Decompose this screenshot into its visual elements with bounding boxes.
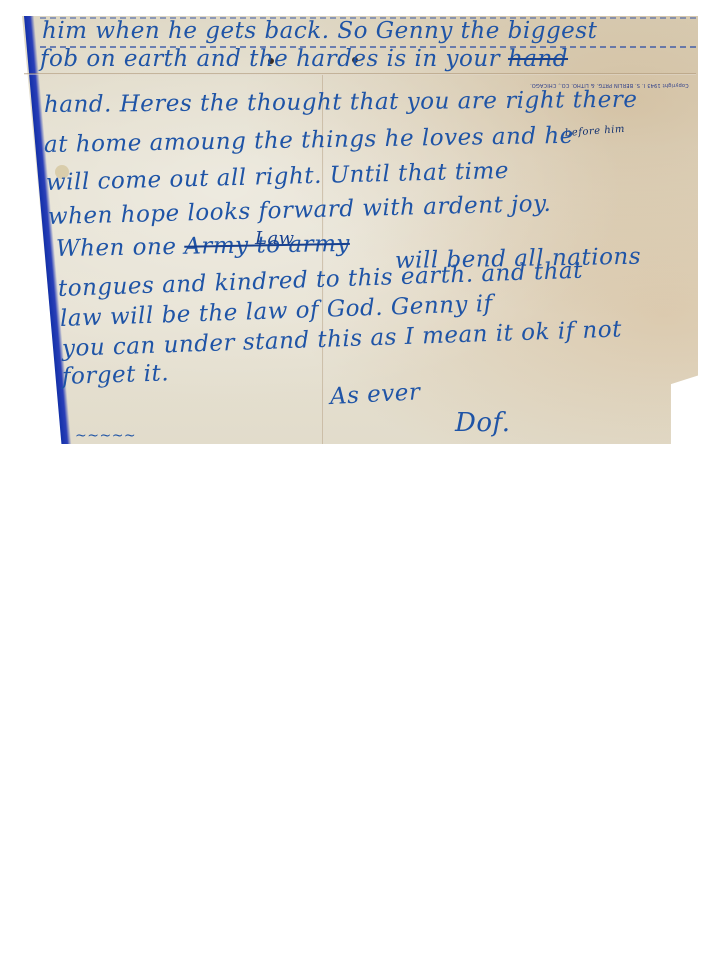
letter-line-11: forget it. bbox=[62, 360, 170, 390]
margin-scribble: ~~~~~ bbox=[75, 428, 136, 444]
inserted-word: Law bbox=[255, 228, 295, 249]
letter-line-2: fob on earth and the hardes is in your h… bbox=[40, 46, 568, 72]
signature: Dof. bbox=[455, 408, 510, 438]
letter-line-1: him when he gets back. So Genny the bigg… bbox=[42, 18, 597, 44]
horizontal-fold bbox=[24, 73, 696, 75]
struck-word: hand bbox=[508, 46, 568, 72]
letter-line-7: When one Army to army bbox=[56, 231, 350, 262]
closing: As ever bbox=[329, 379, 421, 410]
page-background: Copyright 1943 I. S. BERLIN PRTG. & LITH… bbox=[0, 0, 720, 960]
letter-line-3: hand. Heres the thought that you are rig… bbox=[44, 87, 638, 118]
letter-line-7-text: When one bbox=[56, 234, 177, 262]
letter-line-2-text: fob on earth and the hardes is in your bbox=[40, 46, 500, 72]
